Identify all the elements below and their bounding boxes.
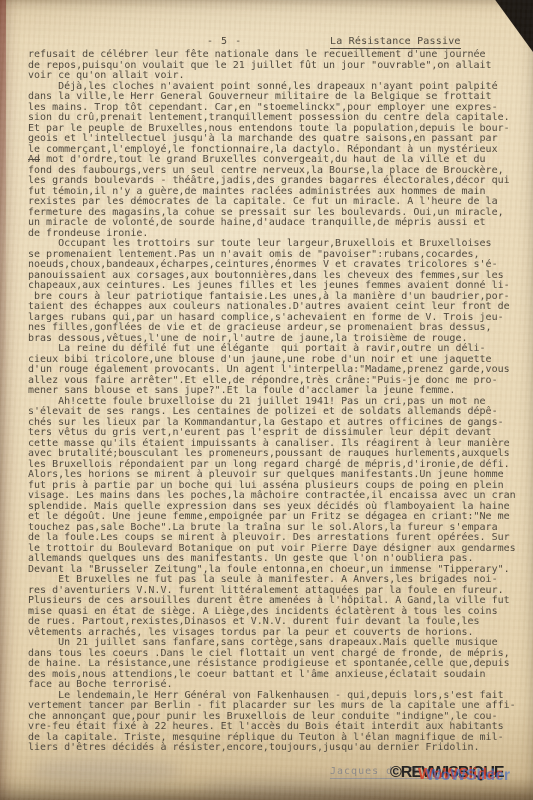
text-line: de haine. La résistance,une résistance p… — [28, 659, 528, 670]
text-line: geois et l'intellectuel jusqu'à la march… — [28, 134, 528, 145]
text-line: La reine du défilé fut une élégante qui … — [28, 344, 528, 355]
text-line: un miracle de volonté,de sourde haine,d'… — [28, 218, 528, 229]
text-line: Occupant les trottoirs sur toute leur la… — [28, 239, 528, 250]
text-line: avec brutalité;bousculant les promeneurs… — [28, 449, 528, 460]
watermark-blue-text: WoWSlider — [426, 766, 510, 786]
text-line: d'un rouge également provocants. Un agen… — [28, 365, 528, 376]
text-line: visage. Les mains dans les poches,la mâc… — [28, 491, 528, 502]
text-line: Un 21 juillet sans fanfare,sans cortège,… — [28, 638, 528, 649]
text-line: Ad mot d'ordre,tout le grand Bruxelles c… — [28, 155, 528, 166]
text-line: et le dégoût. Une jeune femme,empoignée … — [28, 512, 528, 523]
document-title: La Résistance Passive — [330, 36, 461, 49]
text-line: face au Boche terrorisé. — [28, 680, 528, 691]
text-line: noeuds,choux,bandeaux,écharpes,ceintures… — [28, 260, 528, 271]
text-lines: refusait de célébrer leur fête nationale… — [28, 50, 528, 754]
text-line: allemands quelques uns des manifestants.… — [28, 554, 528, 565]
scanned-page-photo: - 5 - La Résistance Passive refusait de … — [0, 0, 533, 800]
text-line: de rues. Partout,rexistes,Dinasos et V.N… — [28, 617, 528, 628]
text-line: dans la ville,le Herr General Gouverneur… — [28, 92, 528, 103]
text-line: mener sans blouse et sans jupe?".Et la f… — [28, 386, 528, 397]
text-line: vertement tancer par Berlin - fit placar… — [28, 701, 528, 712]
text-line: ters vêtus du gris vert,n'eurent pas l'e… — [28, 428, 528, 439]
text-line: taient des échappes aux couleurs nationa… — [28, 302, 528, 313]
text-line: vre-feu était fixé à 22 heures. Et l'acc… — [28, 722, 528, 733]
text-line: s'élevait de ses rangs. Les centaines de… — [28, 407, 528, 418]
text-line: refusait de célébrer leur fête nationale… — [28, 50, 528, 61]
text-line: sion du crû,prenait lentement,tranquille… — [28, 113, 528, 124]
text-line: Alors,les horions se mirent à pleuvoir s… — [28, 470, 528, 481]
text-line: voir ce qu'on allait voir. — [28, 71, 528, 82]
text-line: rexistes par les démocrates de la capita… — [28, 197, 528, 208]
page-header: - 5 - La Résistance Passive — [0, 36, 533, 50]
document-body: - 5 - La Résistance Passive refusait de … — [0, 0, 533, 800]
text-line: de la foule.Les coups se mirent à pleuvo… — [28, 533, 528, 544]
text-line: nes filles,gonflées de vie et de gracieu… — [28, 323, 528, 334]
page-number: - 5 - — [207, 36, 242, 47]
text-line: liers d'êtres décidés à résister,encore,… — [28, 743, 528, 754]
text-line: les grands boulevards - théâtre,jadis,de… — [28, 176, 528, 187]
text-line: Plusieurs de ces arsouilles durent être … — [28, 596, 528, 607]
text-line: chapeaux,aux ceintures. Les jeunes fille… — [28, 281, 528, 292]
text-line: Et Bruxelles ne fut pas la seule à manif… — [28, 575, 528, 586]
watermark: ©REVWISBIQUE WoWSlider WoWSlider — [390, 763, 533, 785]
